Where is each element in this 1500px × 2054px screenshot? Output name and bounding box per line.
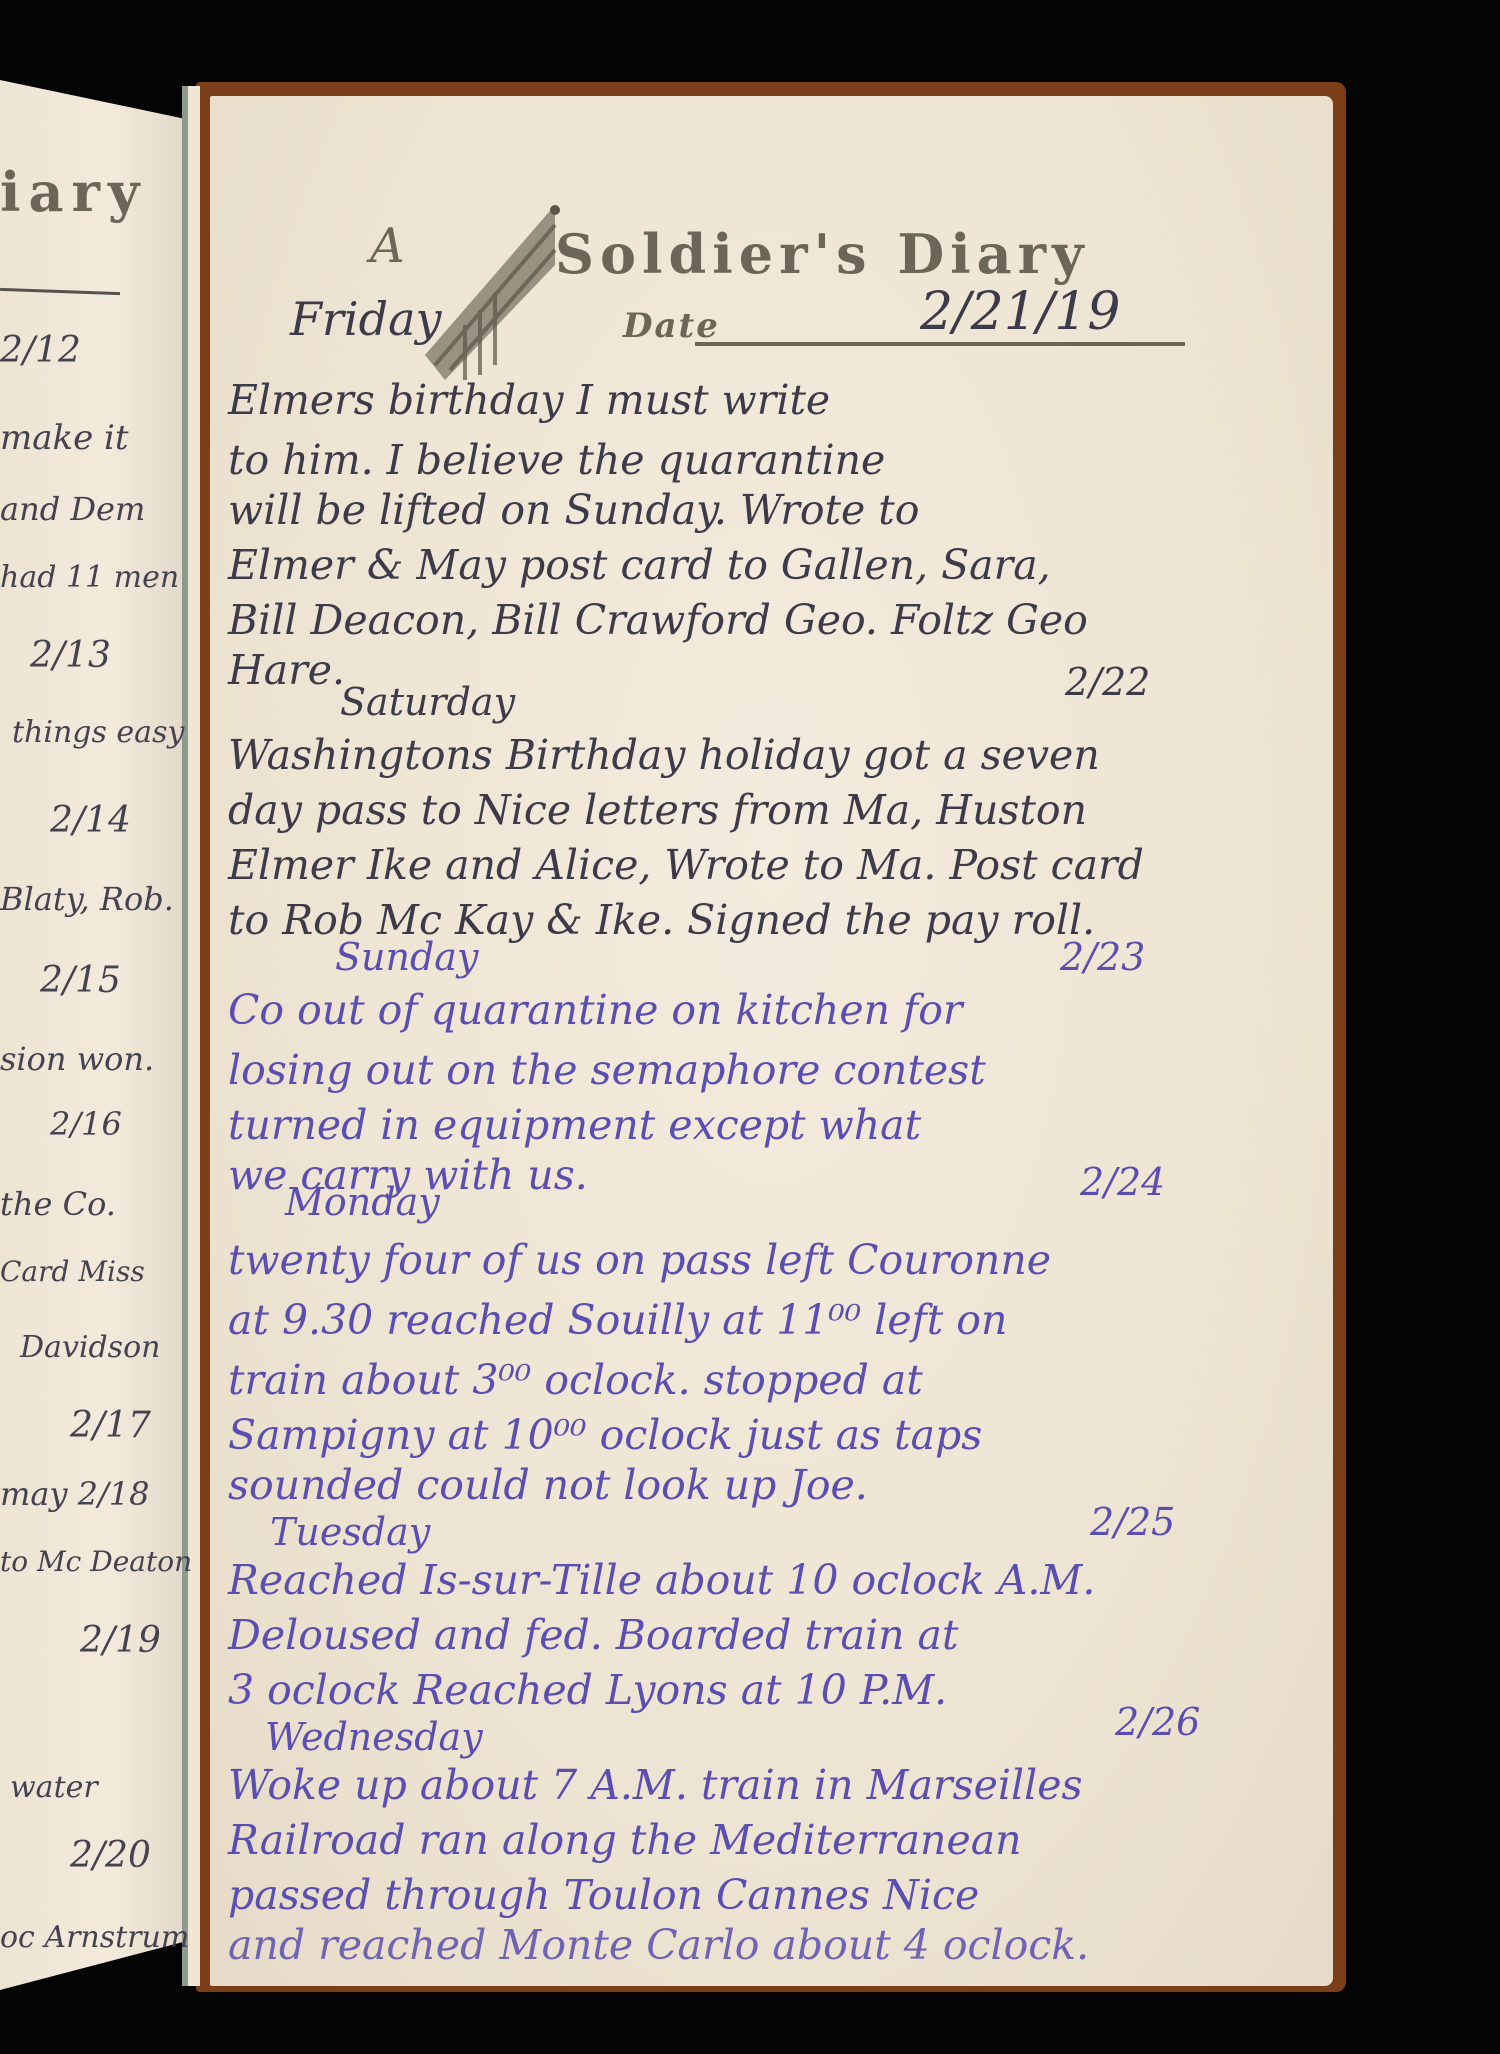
entry-line: train about 3⁰⁰ oclock. stopped at (228, 1360, 923, 1401)
entry-line: sounded could not look up Joe. (228, 1465, 868, 1506)
left-fragment: Blaty, Rob. (0, 880, 174, 918)
left-fragment: water (10, 1770, 98, 1805)
entry-line: day pass to Nice letters from Ma, Huston (228, 790, 1087, 831)
left-fragment: 2/14 (50, 800, 131, 841)
left-fragment: 2/20 (70, 1835, 151, 1876)
entry-line: Woke up about 7 A.M. train in Marseilles (228, 1765, 1083, 1806)
left-fragment: 2/16 (50, 1105, 122, 1143)
left-fragment: may 2/18 (0, 1475, 150, 1513)
left-fragment: and Dem (0, 490, 145, 528)
entry-line: will be lifted on Sunday. Wrote to (228, 490, 919, 531)
entry-line: turned in equipment except what (228, 1105, 921, 1146)
entry-day: Saturday (340, 680, 515, 724)
entry-line: Washingtons Birthday holiday got a seven (228, 735, 1100, 776)
left-fragment: make it (0, 418, 129, 458)
left-fragment: 2/17 (70, 1405, 151, 1446)
entry-line: losing out on the semaphore contest (228, 1050, 986, 1091)
entry-day: Monday (285, 1180, 440, 1224)
left-fragment: the Co. (0, 1185, 116, 1223)
left-fragment: had 11 men (0, 560, 179, 595)
entry-day: Tuesday (270, 1510, 430, 1554)
entry-day: Friday (290, 292, 441, 346)
entry-date: 2/21/19 (920, 282, 1120, 342)
entry-date: 2/23 (1060, 935, 1145, 979)
entry-line: to him. I believe the quarantine (228, 440, 885, 481)
entry-date: 2/26 (1115, 1700, 1200, 1744)
entry-date: 2/22 (1065, 660, 1150, 704)
left-fragment: 2/15 (40, 960, 121, 1001)
date-rule (695, 342, 1185, 346)
left-fragment: to Mc Deaton (0, 1545, 192, 1578)
entry-line: Elmer & May post card to Gallen, Sara, (228, 545, 1051, 586)
left-fragment: 2/19 (80, 1620, 161, 1661)
entry-line: Bill Deacon, Bill Crawford Geo. Foltz Ge… (228, 600, 1088, 641)
entry-line: Co out of quarantine on kitchen for (228, 990, 963, 1031)
entry-line: 3 oclock Reached Lyons at 10 P.M. (228, 1670, 947, 1711)
entry-line: at 9.30 reached Souilly at 11⁰⁰ left on (228, 1300, 1007, 1341)
left-fragment: sion won. (0, 1040, 154, 1078)
entry-day: Wednesday (265, 1715, 483, 1759)
entry-line: Sampigny at 10⁰⁰ oclock just as taps (228, 1415, 982, 1456)
left-fragment: Card Miss (0, 1255, 145, 1288)
entry-line: and reached Monte Carlo about 4 oclock. (228, 1925, 1089, 1966)
entry-line: Elmers birthday I must write (228, 380, 830, 421)
entry-date: 2/25 (1090, 1500, 1175, 1544)
entry-line: twenty four of us on pass left Couronne (228, 1240, 1051, 1281)
entry-line: Hare. (228, 650, 345, 691)
left-fragment: 2/12 (0, 330, 81, 371)
gutter-strip (188, 86, 200, 1986)
entry-date: 2/24 (1080, 1160, 1165, 1204)
left-page-header-fragment: iary (0, 160, 147, 224)
entry-line: Reached Is-sur-Tille about 10 oclock A.M… (228, 1560, 1095, 1601)
left-fragment: things easy (12, 715, 184, 750)
left-fragment: oc Arnstrum (0, 1920, 189, 1955)
entry-line: passed through Toulon Cannes Nice (228, 1875, 979, 1916)
left-fragment: Davidson (20, 1330, 160, 1365)
date-label: Date (623, 306, 720, 346)
left-fragment: 2/13 (30, 635, 111, 676)
entry-line: Deloused and fed. Boarded train at (228, 1615, 958, 1656)
entry-line: Railroad ran along the Mediterranean (228, 1820, 1022, 1861)
entry-day: Sunday (335, 935, 478, 979)
entry-line: Elmer Ike and Alice, Wrote to Ma. Post c… (228, 845, 1144, 886)
diary-title: Soldier's Diary (555, 222, 1090, 286)
